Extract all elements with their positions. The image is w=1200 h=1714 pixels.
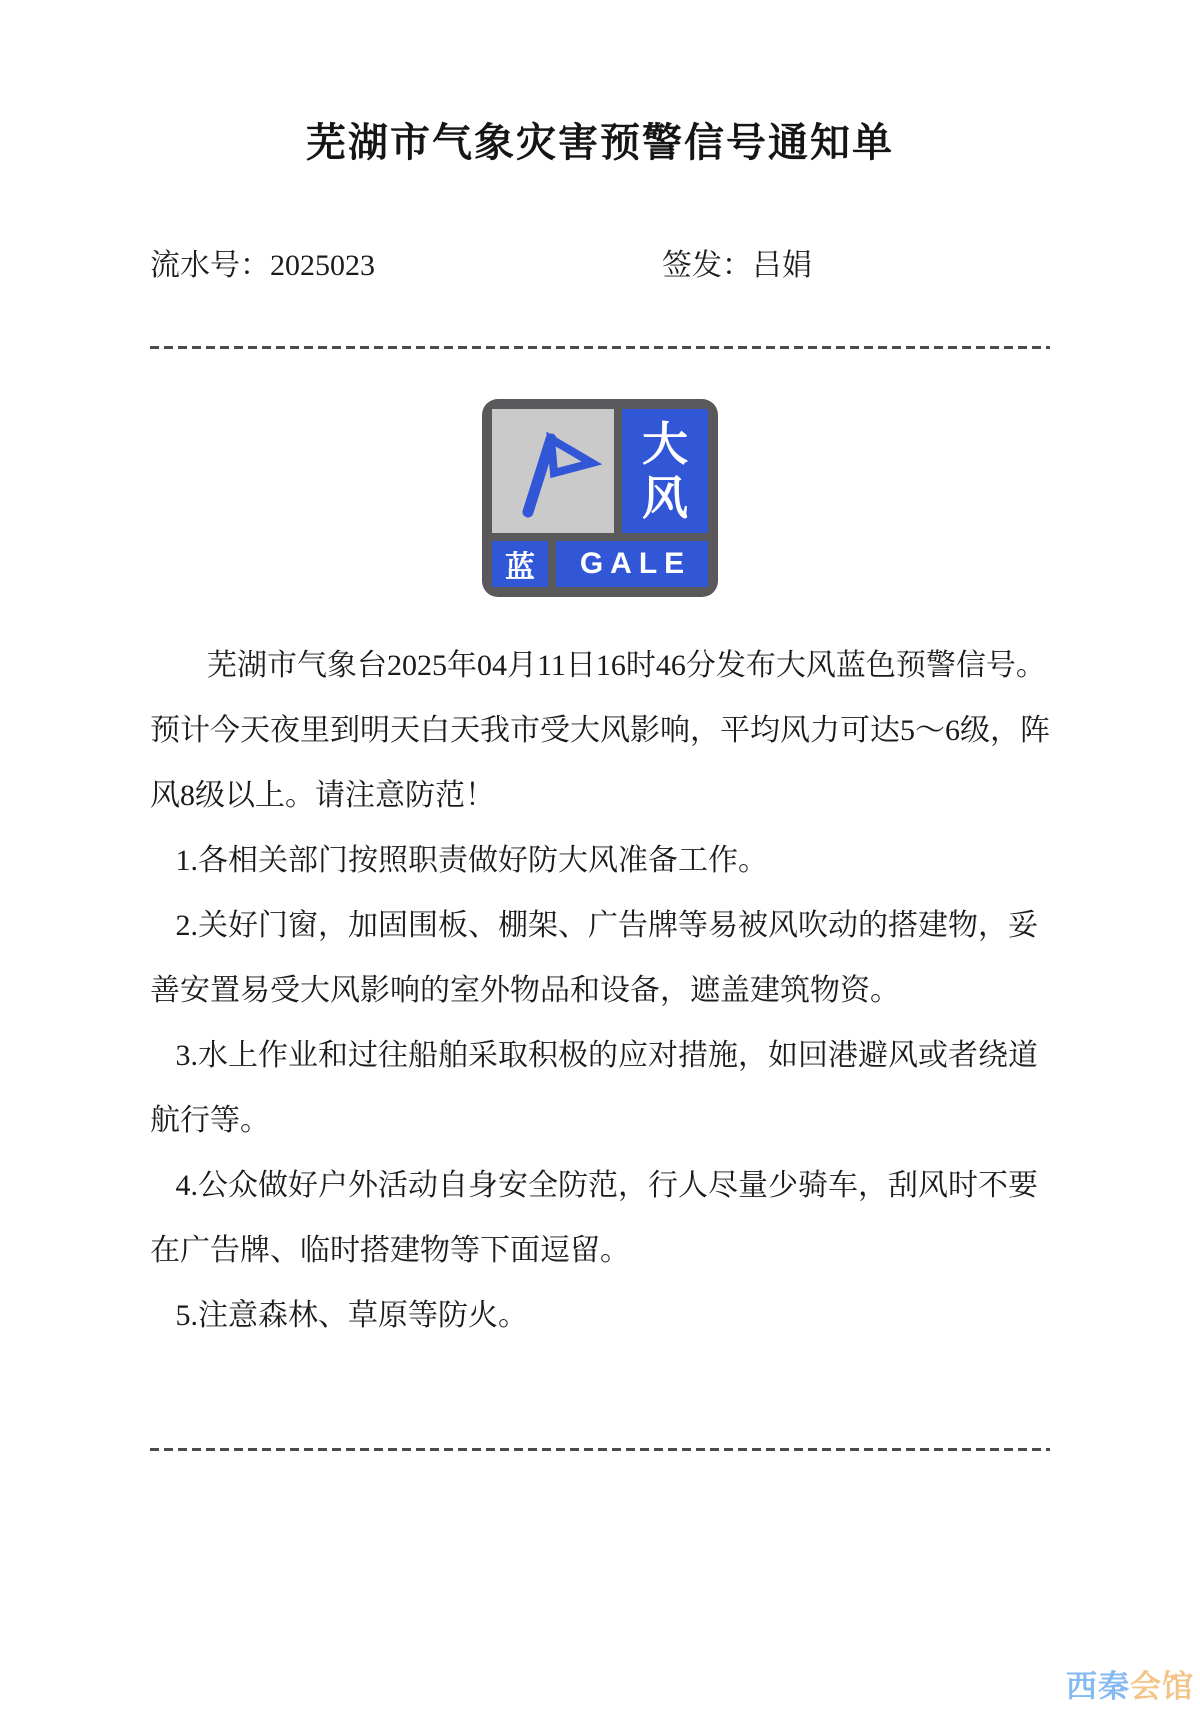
meta-row: 流水号：2025023 签发：吕娟 bbox=[150, 248, 1050, 284]
watermark-part-1: 西秦 bbox=[1066, 1669, 1130, 1704]
instruction-item-3: 3.水上作业和过往船舶采取积极的应对措施，如回港避风或者绕道航行等。 bbox=[150, 1023, 1050, 1153]
wind-flag-icon bbox=[492, 409, 614, 533]
divider-top bbox=[150, 346, 1050, 349]
document-title: 芜湖市气象灾害预警信号通知单 bbox=[0, 0, 1200, 168]
sign-bottom-row: 蓝 GALE bbox=[492, 541, 708, 587]
issuer-label: 签发： bbox=[662, 249, 752, 282]
issuer-value: 吕娟 bbox=[752, 249, 812, 282]
sign-top-row: 大 风 bbox=[492, 409, 708, 533]
issuer: 签发：吕娟 bbox=[662, 248, 812, 284]
instruction-item-5: 5.注意森林、草原等防火。 bbox=[150, 1283, 1050, 1348]
notice-body: 芜湖市气象台2025年04月11日16时46分发布大风蓝色预警信号。预计今天夜里… bbox=[150, 633, 1050, 1348]
watermark-logo: 西秦会馆 bbox=[1066, 1661, 1194, 1706]
weather-warning-notice-document: 芜湖市气象灾害预警信号通知单 流水号：2025023 签发：吕娟 大 风 蓝 bbox=[0, 0, 1200, 1714]
gale-blue-warning-sign: 大 风 蓝 GALE bbox=[482, 399, 718, 597]
sign-type-char-2: 风 bbox=[642, 471, 688, 525]
intro-paragraph: 芜湖市气象台2025年04月11日16时46分发布大风蓝色预警信号。预计今天夜里… bbox=[150, 633, 1050, 828]
divider-bottom bbox=[150, 1448, 1050, 1451]
serial-value: 2025023 bbox=[270, 249, 375, 282]
watermark-part-2: 会馆 bbox=[1130, 1669, 1194, 1704]
sign-type-characters: 大 风 bbox=[622, 409, 708, 533]
serial-number: 流水号：2025023 bbox=[150, 248, 375, 284]
serial-label: 流水号： bbox=[150, 249, 270, 282]
sign-type-char-1: 大 bbox=[642, 417, 688, 471]
sign-level-character: 蓝 bbox=[492, 541, 548, 587]
instruction-item-2: 2.关好门窗，加固围板、棚架、广告牌等易被风吹动的搭建物，妥善安置易受大风影响的… bbox=[150, 893, 1050, 1023]
sign-level-english: GALE bbox=[556, 541, 708, 587]
instruction-item-1: 1.各相关部门按照职责做好防大风准备工作。 bbox=[150, 828, 1050, 893]
warning-sign-container: 大 风 蓝 GALE bbox=[0, 399, 1200, 597]
instruction-item-4: 4.公众做好户外活动自身安全防范，行人尽量少骑车，刮风时不要在广告牌、临时搭建物… bbox=[150, 1153, 1050, 1283]
